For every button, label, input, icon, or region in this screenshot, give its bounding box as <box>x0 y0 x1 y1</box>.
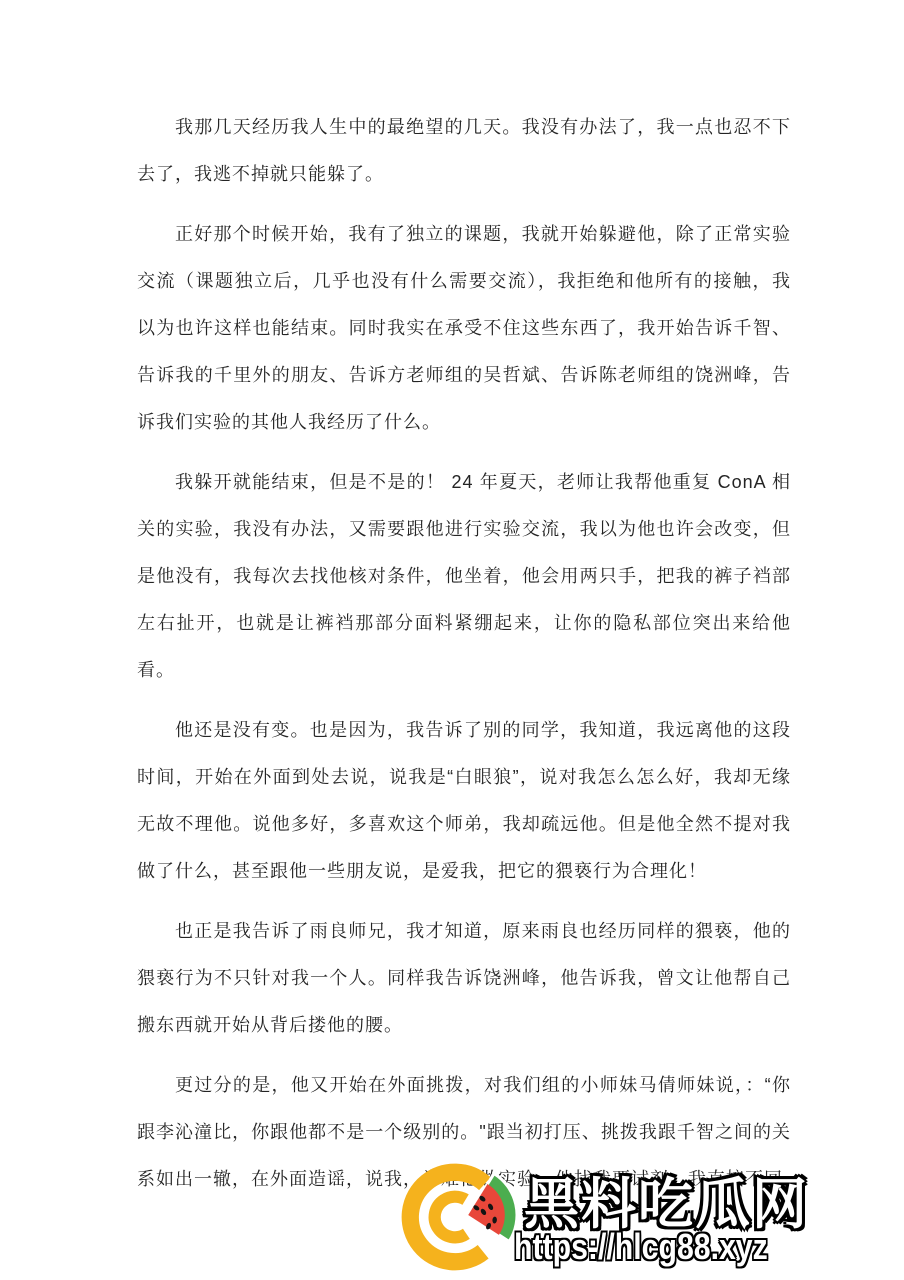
paragraph-4: 他还是没有变。也是因为，我告诉了别的同学，我知道，我远离他的这段时间，开始在外面… <box>137 707 791 895</box>
watermark-site-url: https://hlcg88.xyz <box>514 1226 768 1268</box>
paragraph-5: 也正是我告诉了雨良师兄，我才知道，原来雨良也经历同样的猥亵，他的猥亵行为不只针对… <box>137 908 791 1049</box>
document-page: 我那几天经历我人生中的最绝望的几天。我没有办法了，我一点也忍不下去了，我逃不掉就… <box>0 0 904 1280</box>
document-text: 我那几天经历我人生中的最绝望的几天。我没有办法了，我一点也忍不下去了，我逃不掉就… <box>137 104 791 1216</box>
paragraph-3: 我躲开就能结束，但是不是的！ 24 年夏天，老师让我帮他重复 ConA 相关的实… <box>137 459 791 694</box>
paragraph-2: 正好那个时候开始，我有了独立的课题，我就开始躲避他，除了正常实验交流（课题独立后… <box>137 211 791 446</box>
paragraph-1: 我那几天经历我人生中的最绝望的几天。我没有办法了，我一点也忍不下去了，我逃不掉就… <box>137 104 791 198</box>
paragraph-6: 更过分的是，他又开始在外面挑拨，对我们组的小师妹马倩师妹说，：“你跟李沁潼比，你… <box>137 1062 791 1203</box>
